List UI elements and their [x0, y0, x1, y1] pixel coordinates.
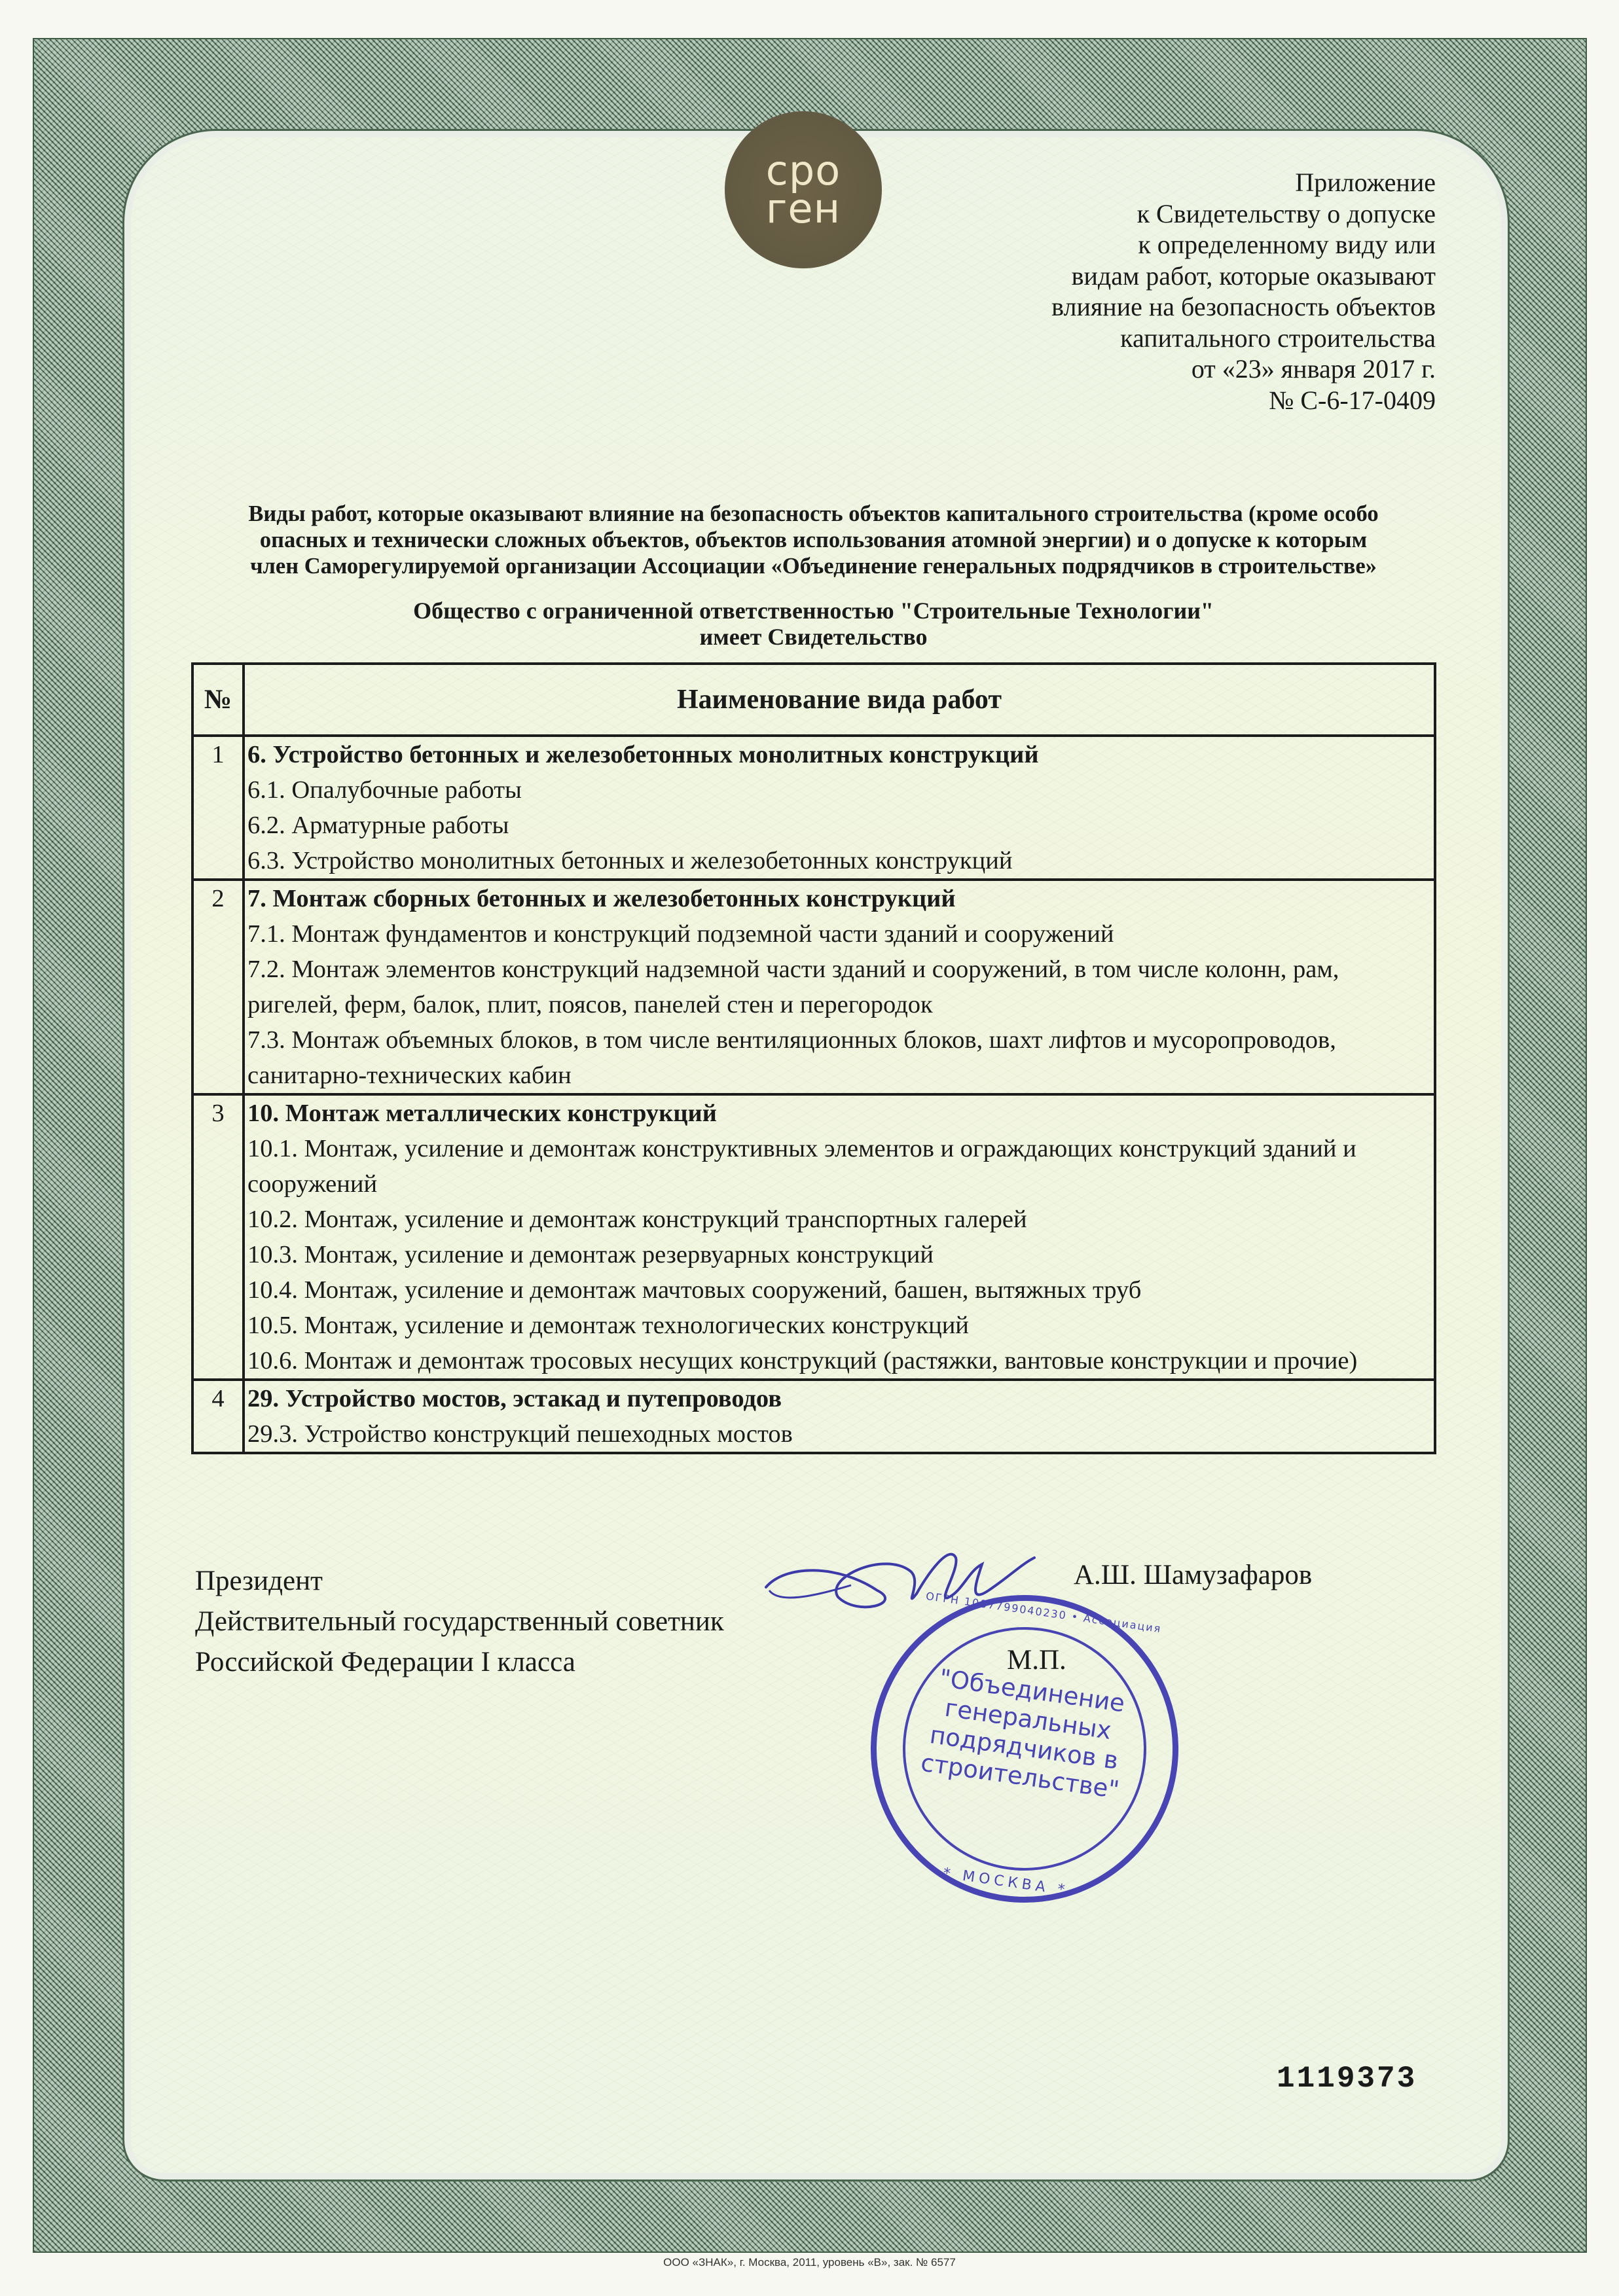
table-row: 16. Устройство бетонных и железобетонных… [192, 736, 1435, 880]
work-item: 7.1. Монтаж фундаментов и конструкций по… [247, 916, 1430, 952]
signatory-line: Российской Федерации I класса [195, 1642, 724, 1683]
appendix-line: к Свидетельству о допуске [781, 198, 1436, 230]
heading-line: опасных и технически сложных объектов, о… [190, 527, 1437, 553]
appendix-line: влияние на безопасность объектов [781, 291, 1436, 323]
work-group-title: 10. Монтаж металлических конструкций [247, 1096, 1430, 1131]
serial-number: 1119373 [1277, 2062, 1417, 2096]
organization-name: Общество с ограниченной ответственностью… [190, 594, 1437, 627]
work-item: 6.1. Опалубочные работы [247, 772, 1430, 808]
work-item: 10.5. Монтаж, усиление и демонтаж технол… [247, 1308, 1430, 1343]
row-number: 2 [192, 880, 244, 1094]
column-header-name: Наименование вида работ [244, 664, 1435, 736]
row-content: 29. Устройство мостов, эстакад и путепро… [244, 1380, 1435, 1453]
appendix-date: от «23» января 2017 г. [781, 353, 1436, 385]
certificate-number: № С-6-17-0409 [781, 385, 1436, 416]
work-item: 6.3. Устройство монолитных бетонных и же… [247, 843, 1430, 878]
work-item: 6.2. Арматурные работы [247, 808, 1430, 843]
organization-block: Общество с ограниченной ответственностью… [190, 594, 1437, 648]
table-row: 429. Устройство мостов, эстакад и путепр… [192, 1380, 1435, 1453]
appendix-line: к определенному виду или [781, 229, 1436, 260]
row-content: 7. Монтаж сборных бетонных и железобетон… [244, 880, 1435, 1094]
handwritten-signature [759, 1532, 1061, 1636]
work-item: 10.3. Монтаж, усиление и демонтаж резерв… [247, 1237, 1430, 1272]
appendix-line: капитального строительства [781, 323, 1436, 354]
work-group-title: 29. Устройство мостов, эстакад и путепро… [247, 1381, 1430, 1416]
has-certificate-text: имеет Свидетельство [190, 626, 1437, 648]
signatory-name: А.Ш. Шамузафаров [1074, 1559, 1312, 1591]
work-item: 7.3. Монтаж объемных блоков, в том числе… [247, 1022, 1430, 1093]
table-row: 310. Монтаж металлических конструкций10.… [192, 1094, 1435, 1380]
printer-imprint: ООО «ЗНАК», г. Москва, 2011, уровень «В»… [0, 2256, 1619, 2269]
row-number: 1 [192, 736, 244, 880]
table-header-row: № Наименование вида работ [192, 664, 1435, 736]
column-header-number: № [192, 664, 244, 736]
signatory-title: Президент Действительный государственный… [195, 1561, 724, 1683]
table-row: 27. Монтаж сборных бетонных и железобето… [192, 880, 1435, 1094]
appendix-line: видам работ, которые оказывают [781, 260, 1436, 292]
work-group-title: 6. Устройство бетонных и железобетонных … [247, 737, 1430, 772]
row-number: 3 [192, 1094, 244, 1380]
work-item: 10.6. Монтаж и демонтаж тросовых несущих… [247, 1343, 1430, 1378]
work-group-title: 7. Монтаж сборных бетонных и железобетон… [247, 881, 1430, 916]
work-types-table: № Наименование вида работ 16. Устройство… [191, 662, 1436, 1454]
work-item: 7.2. Монтаж элементов конструкций надзем… [247, 952, 1430, 1022]
seal-place-label: М.П. [1007, 1644, 1066, 1676]
document-heading: Виды работ, которые оказывают влияние на… [190, 501, 1437, 579]
row-number: 4 [192, 1380, 244, 1453]
heading-line: Виды работ, которые оказывают влияние на… [190, 501, 1437, 527]
row-content: 6. Устройство бетонных и железобетонных … [244, 736, 1435, 880]
signatory-line: Действительный государственный советник [195, 1602, 724, 1642]
work-item: 10.1. Монтаж, усиление и демонтаж констр… [247, 1131, 1430, 1202]
work-item: 10.2. Монтаж, усиление и демонтаж констр… [247, 1202, 1430, 1237]
appendix-reference: Приложение к Свидетельству о допуске к о… [781, 167, 1436, 416]
work-item: 10.4. Монтаж, усиление и демонтаж мачтов… [247, 1272, 1430, 1308]
signatory-line: Президент [195, 1561, 724, 1602]
work-item: 29.3. Устройство конструкций пешеходных … [247, 1416, 1430, 1452]
appendix-line: Приложение [781, 167, 1436, 198]
heading-line: член Саморегулируемой организации Ассоци… [190, 553, 1437, 579]
row-content: 10. Монтаж металлических конструкций10.1… [244, 1094, 1435, 1380]
